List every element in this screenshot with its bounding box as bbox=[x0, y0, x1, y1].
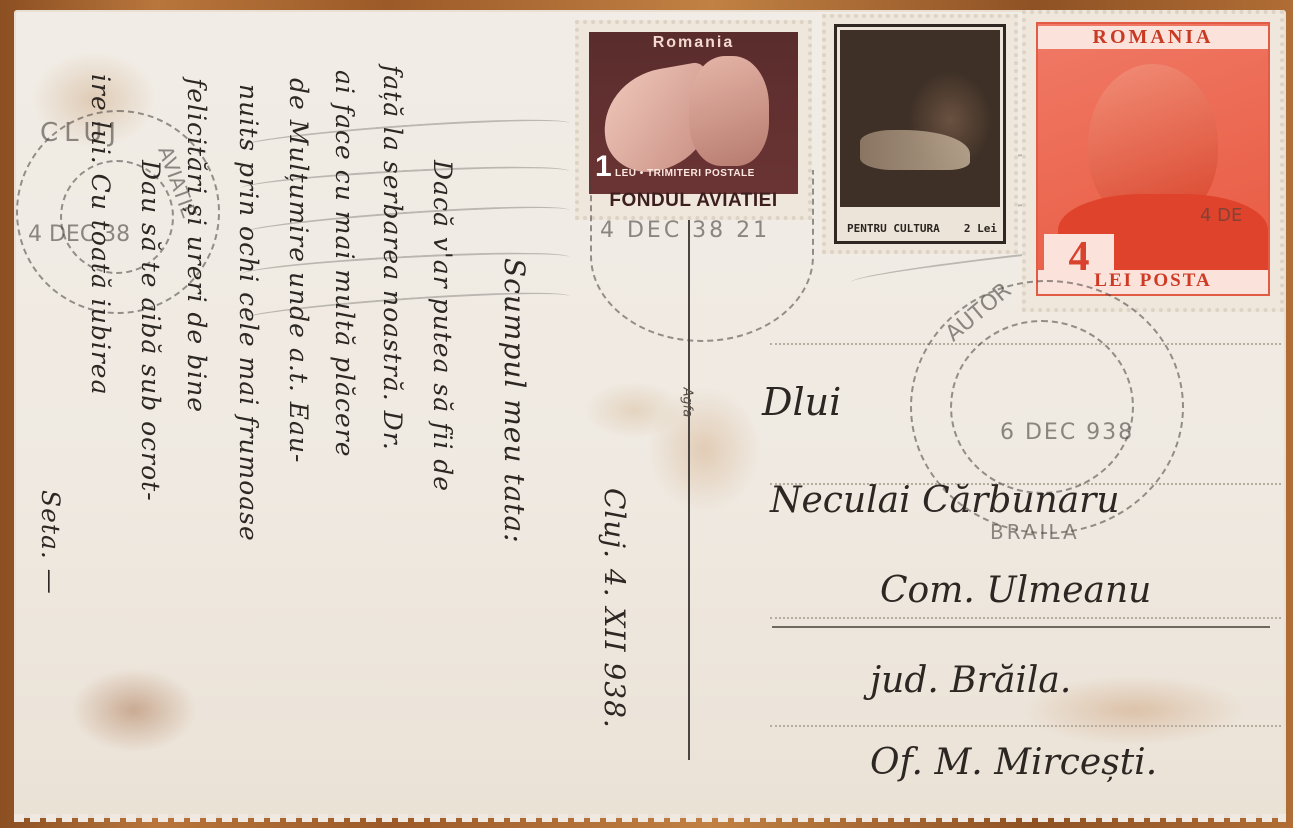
aviator-head-icon bbox=[689, 56, 769, 166]
message-line: Dau să te aibă sub ocrot- bbox=[136, 160, 165, 502]
address-line-rule bbox=[770, 725, 1281, 727]
message-salutation: Scumpul meu tata: bbox=[498, 258, 531, 544]
stamp-value: 2 Lei bbox=[964, 222, 997, 235]
address-honorific: Dlui bbox=[762, 380, 841, 424]
message-line: Dacă v'ar putea să fii de bbox=[428, 160, 457, 492]
message-line: felicitări și ureri de bine bbox=[182, 78, 211, 413]
brand-imprint: Agfa bbox=[679, 388, 694, 418]
postmark-inner-ring bbox=[950, 320, 1134, 494]
stamp-caption: PENTRU CULTURA bbox=[847, 222, 940, 235]
postmark-date: 4 DEC 38 21 bbox=[600, 218, 770, 243]
stamp-pentru-cultura: PENTRU CULTURA 2 Lei bbox=[822, 14, 1018, 254]
address-underline bbox=[772, 626, 1270, 628]
message-line: față la serbarea noastră. Dr. bbox=[378, 65, 407, 451]
address-line-rule bbox=[770, 617, 1281, 619]
postmark-city: BRAILA bbox=[990, 520, 1080, 544]
postmark-date: 6 DEC 938 bbox=[1000, 420, 1134, 445]
address-commune: Com. Ulmeanu bbox=[880, 570, 1151, 611]
stamp-king-portrait: ROMANIA 4 LEI POSTA bbox=[1022, 10, 1284, 312]
stamp-country: ROMANIA bbox=[1038, 26, 1268, 49]
message-line: ire lui. Cu toată iubirea bbox=[86, 74, 115, 396]
message-line: nuits prin ochi cele mai frumoase bbox=[234, 84, 263, 542]
address-recipient: Neculai Cărbunaru bbox=[770, 480, 1120, 521]
painting-reading-woman-icon bbox=[840, 30, 1000, 207]
message-place-date: Cluj. 4. XII 938. bbox=[598, 488, 631, 729]
message-line: de Mulțumire unde a.t. Eau- bbox=[284, 78, 313, 463]
message-signature: Seta. — bbox=[36, 490, 65, 595]
address-county: jud. Brăila. bbox=[870, 660, 1071, 701]
postmark-cluj-middle bbox=[590, 170, 814, 342]
stamp-label: PENTRU CULTURA 2 Lei bbox=[847, 222, 997, 235]
message-line: ai face cu mai multă plăcere bbox=[330, 70, 359, 458]
book-icon bbox=[860, 130, 970, 170]
stamp-country: Romania bbox=[589, 34, 798, 52]
address-post-office: Of. M. Mircești. bbox=[870, 742, 1157, 783]
postmark-date: 4 DE bbox=[1200, 205, 1242, 226]
